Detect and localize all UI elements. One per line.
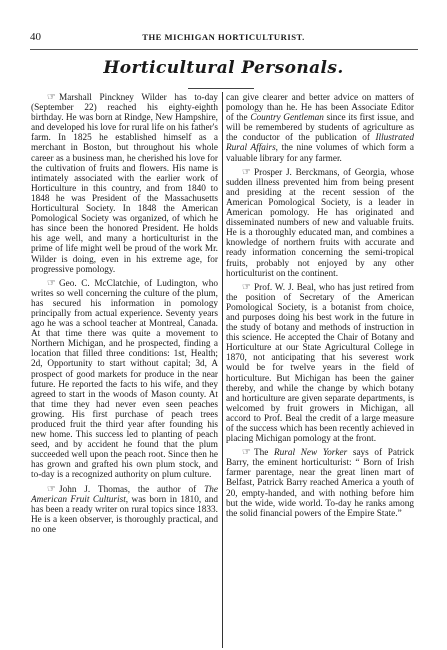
pointing-hand-icon: ☞ <box>39 279 56 289</box>
pointing-hand-icon: ☞ <box>234 283 251 293</box>
header-rule <box>30 49 418 50</box>
pointing-hand-icon: ☞ <box>234 448 251 458</box>
paragraph-mcclatchie: ☞Geo. C. McClatchie, of Ludington, who w… <box>31 279 218 481</box>
article-title: Horticultural Personals. <box>0 58 447 78</box>
paragraph-text: says of Patrick Barry, the eminent horti… <box>226 448 414 519</box>
paragraph-text: The <box>254 448 274 458</box>
column-left: ☞Marshall Pinckney Wilder has to-day (Se… <box>31 93 218 539</box>
title-rule <box>188 88 254 89</box>
column-right: can give clearer and better advice on ma… <box>226 93 414 523</box>
pointing-hand-icon: ☞ <box>39 485 56 495</box>
paragraph-thomas: ☞John J. Thomas, the author of The Ameri… <box>31 485 218 535</box>
column-rule <box>222 92 223 648</box>
running-title: THE MICHIGAN HORTICULTURIST. <box>0 32 447 42</box>
paragraph-text: John J. Thomas, the author of <box>59 485 204 495</box>
paragraph-text: Geo. C. McClatchie, of Ludington, who wr… <box>31 279 218 481</box>
paragraph-wilder: ☞Marshall Pinckney Wilder has to-day (Se… <box>31 93 218 275</box>
publication-title: Rural New Yorker <box>274 448 347 458</box>
publication-title: Country Gentleman <box>250 113 324 123</box>
paragraph-text: Marshall Pinckney Wilder has to-day (Sep… <box>31 93 218 275</box>
paragraph-berckmans: ☞Prosper J. Berckmans, of Georgia, whose… <box>226 168 414 279</box>
pointing-hand-icon: ☞ <box>39 93 56 103</box>
paragraph-barry: ☞The Rural New Yorker says of Patrick Ba… <box>226 448 414 519</box>
paragraph-text: Prosper J. Berckmans, of Georgia, whose … <box>226 168 414 279</box>
paragraph-thomas-continued: can give clearer and better advice on ma… <box>226 93 414 164</box>
paragraph-text: Prof. W. J. Beal, who has just retired f… <box>226 283 414 444</box>
pointing-hand-icon: ☞ <box>234 168 251 178</box>
paragraph-beal: ☞Prof. W. J. Beal, who has just retired … <box>226 283 414 445</box>
